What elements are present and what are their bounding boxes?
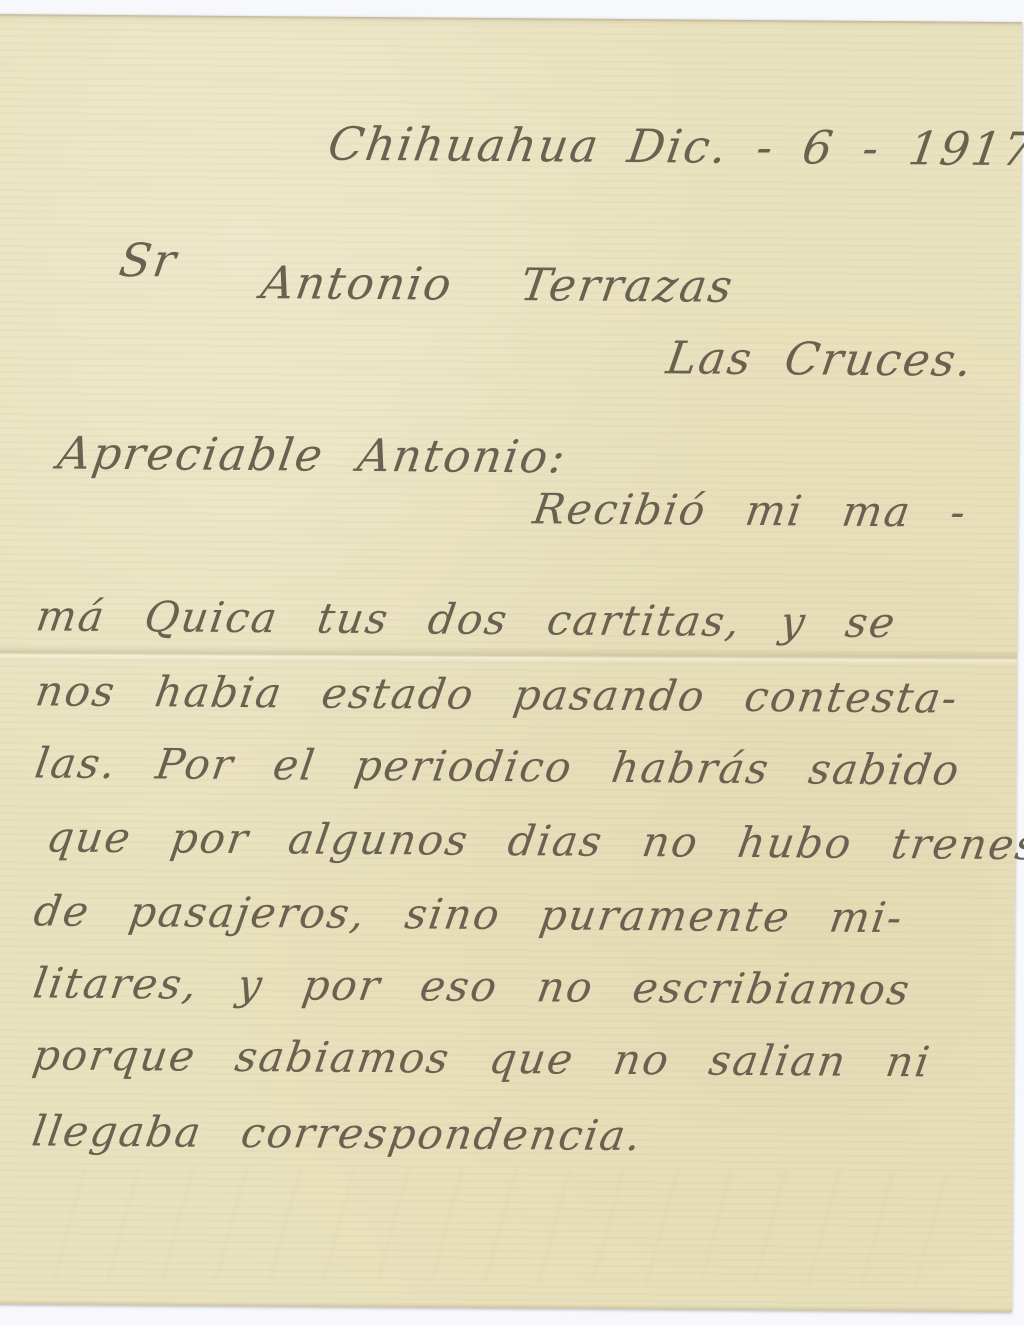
fold-crease bbox=[0, 645, 1017, 664]
recipient-place: Las Cruces. bbox=[663, 331, 977, 386]
recipient-honorific: Sr bbox=[116, 233, 182, 287]
letter-line: litares, y por eso no escribiamos bbox=[30, 958, 914, 1014]
letter-line: nos habia estado pasando contesta- bbox=[32, 666, 961, 722]
letter-line: llegaba correspondencia. bbox=[29, 1106, 646, 1160]
letter-page: Chihuahua Dic. - 6 - 1917 Sr Antonio Ter… bbox=[0, 14, 1022, 1312]
letter-line: que por algunos dias no hubo trenes bbox=[43, 813, 1024, 870]
ink-showthrough bbox=[30, 1164, 953, 1286]
scan-background: Chihuahua Dic. - 6 - 1917 Sr Antonio Ter… bbox=[0, 0, 1024, 1325]
letter-line: de pasajeros, sino puramente mi- bbox=[31, 886, 907, 942]
dateline: Chihuahua Dic. - 6 - 1917 bbox=[325, 117, 1024, 176]
letter-line: las. Por el periodico habrás sabido bbox=[32, 738, 964, 794]
letter-line: porque sabiamos que no salian ni bbox=[30, 1030, 935, 1086]
letter-line: Recibió mi ma - bbox=[530, 484, 971, 536]
salutation: Apreciable Antonio: bbox=[54, 427, 570, 484]
recipient-name: Antonio Terrazas bbox=[258, 256, 738, 313]
letter-line: má Quica tus dos cartitas, y se bbox=[33, 591, 900, 647]
